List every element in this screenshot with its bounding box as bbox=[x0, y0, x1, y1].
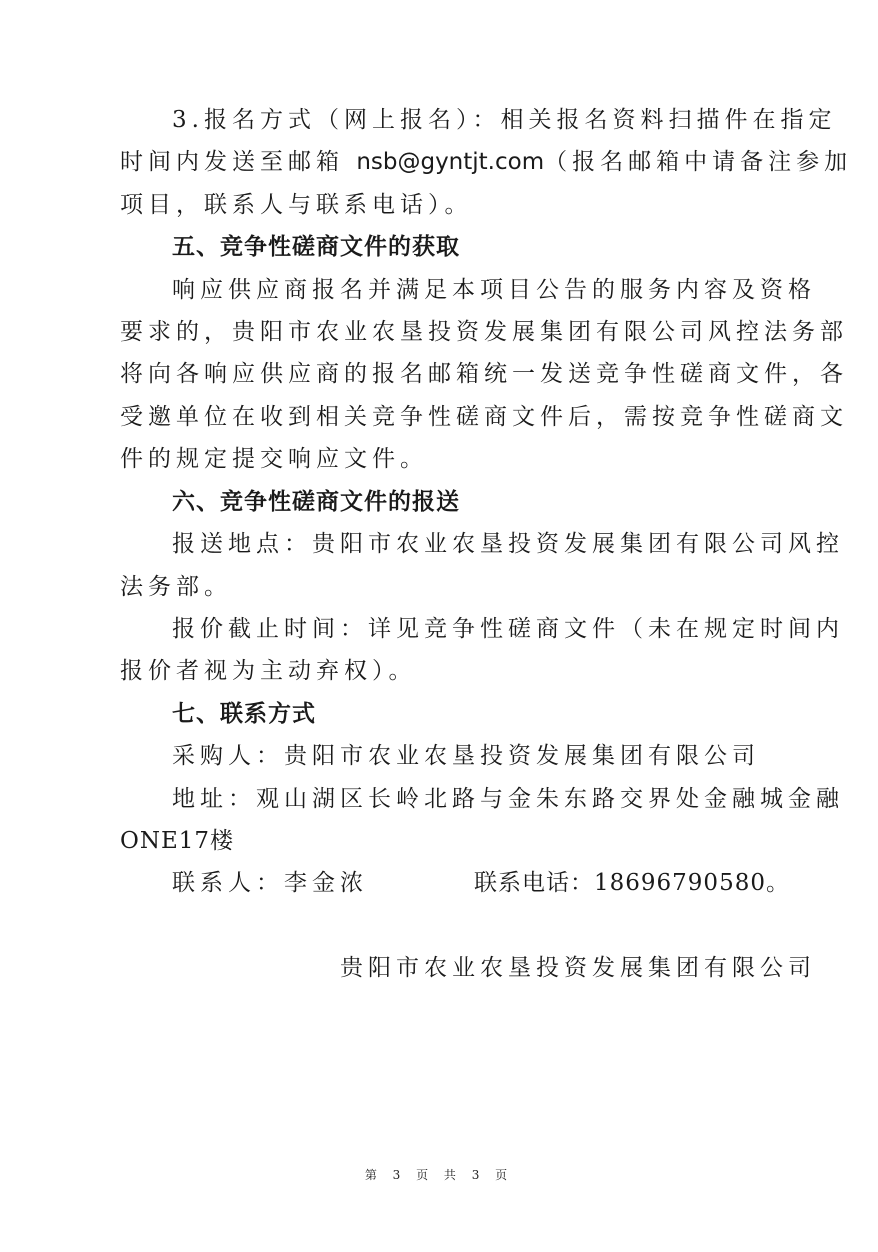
section-5-line: 响应供应商报名并满足本项目公告的服务内容及资格 bbox=[172, 275, 816, 305]
section-5-heading: 五、竞争性磋商文件的获取 bbox=[172, 232, 460, 262]
registration-method-line-1: 3.报名方式（网上报名）：相关报名资料扫描件在指定 bbox=[172, 105, 836, 135]
section-6-line: 法务部。 bbox=[120, 572, 232, 602]
section-5-line: 件的规定提交响应文件。 bbox=[120, 444, 428, 474]
section-7-heading: 七、联系方式 bbox=[172, 699, 316, 729]
section-5-line: 将向各响应供应商的报名邮箱统一发送竞争性磋商文件，各 bbox=[120, 359, 848, 389]
registration-method-line-3: 项目，联系人与联系电话）。 bbox=[120, 190, 473, 220]
section-6-line: 报送地点：贵阳市农业农垦投资发展集团有限公司风控 bbox=[172, 529, 844, 559]
contact-phone: 联系电话：18696790580。 bbox=[474, 868, 790, 898]
registration-method-prefix: 时间内发送至邮箱 bbox=[120, 149, 344, 175]
section-5-line: 受邀单位在收到相关竞争性磋商文件后，需按竞争性磋商文 bbox=[120, 402, 848, 432]
section-6-heading: 六、竞争性磋商文件的报送 bbox=[172, 487, 460, 517]
signature-company: 贵阳市农业农垦投资发展集团有限公司 bbox=[340, 953, 816, 983]
registration-email: nsb@gyntjt.com bbox=[356, 149, 544, 175]
contact-person: 联系人：李金浓 bbox=[172, 868, 368, 898]
document-page: 3.报名方式（网上报名）：相关报名资料扫描件在指定 时间内发送至邮箱 nsb@g… bbox=[0, 0, 878, 1252]
section-5-line: 要求的，贵阳市农业农垦投资发展集团有限公司风控法务部 bbox=[120, 317, 848, 347]
purchaser-line: 采购人：贵阳市农业农垦投资发展集团有限公司 bbox=[172, 741, 760, 771]
section-6-line: 报价截止时间：详见竞争性磋商文件（未在规定时间内 bbox=[172, 614, 844, 644]
registration-method-line-2: 时间内发送至邮箱 nsb@gyntjt.com（报名邮箱中请备注参加 bbox=[120, 147, 852, 177]
page-indicator: 第 3 页 共 3 页 bbox=[0, 1166, 878, 1183]
address-line-2: ONE17楼 bbox=[120, 826, 234, 856]
address-line-1: 地址：观山湖区长岭北路与金朱东路交界处金融城金融 bbox=[172, 784, 844, 814]
section-6-line: 报价者视为主动弃权）。 bbox=[120, 656, 417, 686]
registration-method-suffix: （报名邮箱中请备注参加 bbox=[544, 149, 852, 175]
